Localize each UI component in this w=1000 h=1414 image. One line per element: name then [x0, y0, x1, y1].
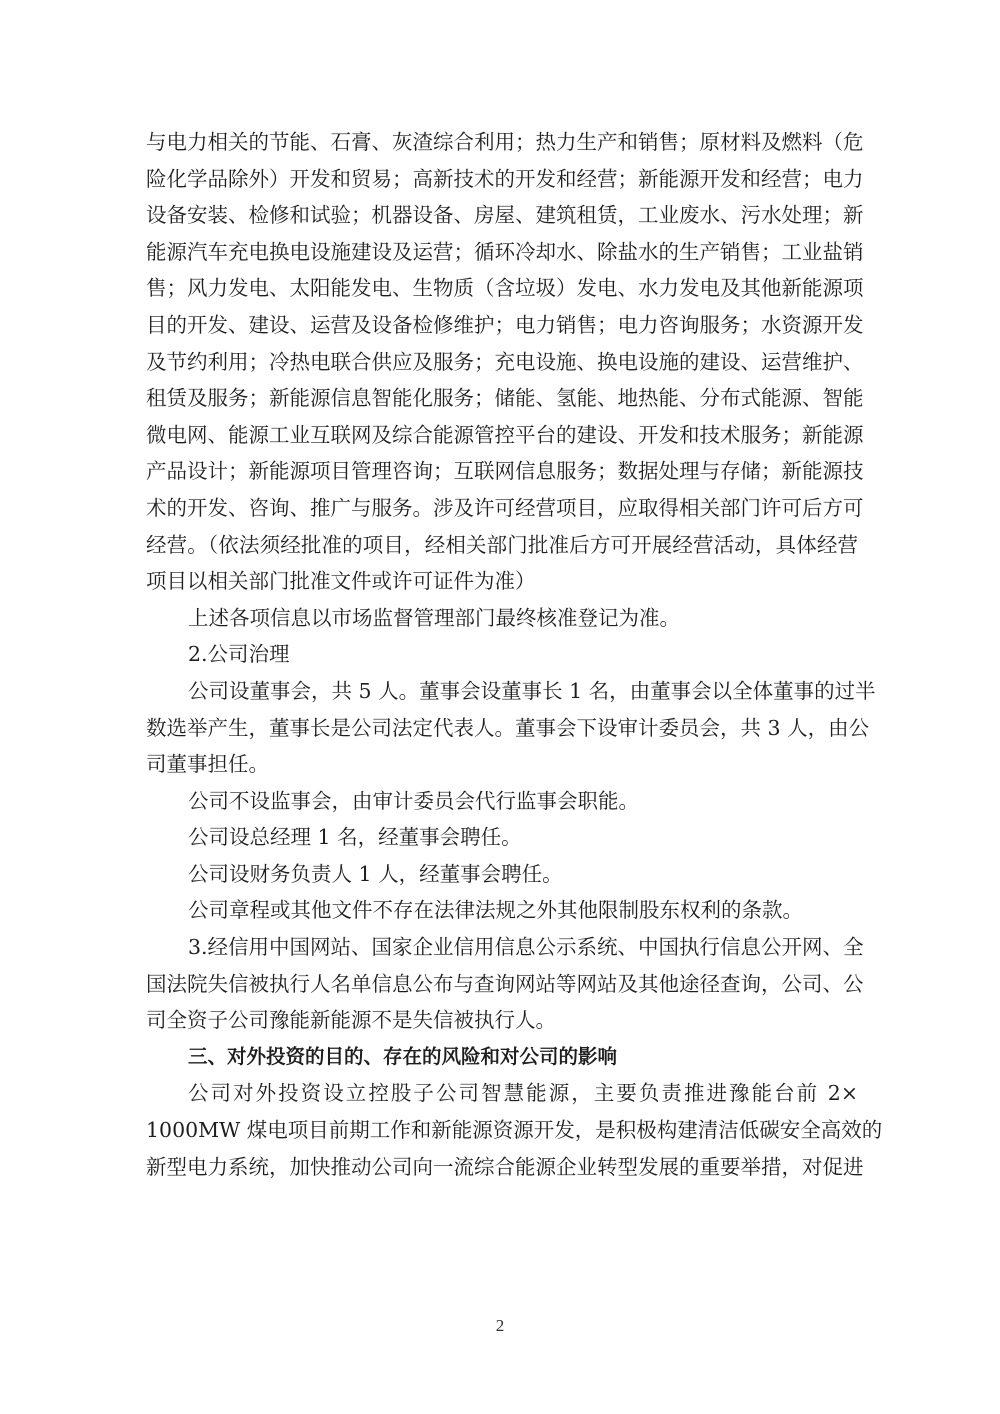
- text-line: 微电网、能源工业互联网及综合能源管控平台的建设、开发和技术服务；新能源: [146, 417, 858, 454]
- text-line: 新型电力系统，加快推动公司向一流综合能源企业转型发展的重要举措，对促进: [146, 1149, 858, 1186]
- text-line: 国法院失信被执行人名单信息公布与查询网站等网站及其他途径查询，公司、公: [146, 966, 858, 1003]
- text-line: 售；风力发电、太阳能发电、生物质（含垃圾）发电、水力发电及其他新能源项: [146, 270, 858, 307]
- text-line: 司全资子公司豫能新能源不是失信被执行人。: [146, 1002, 858, 1039]
- text-line: 项目以相关部门批准文件或许可证件为准）: [146, 563, 858, 600]
- text-line: 经营。（依法须经批准的项目，经相关部门批准后方可开展经营活动，具体经营: [146, 527, 858, 564]
- text-line: 及节约利用；冷热电联合供应及服务；充电设施、换电设施的建设、运营维护、: [146, 344, 858, 381]
- page-number: 2: [0, 1316, 1000, 1336]
- paragraph-board-of-directors: 公司设董事会，共 5 人。董事会设董事长 1 名，由董事会以全体董事的过半 数选…: [146, 673, 858, 783]
- text-line: 3.经信用中国网站、国家企业信用信息公示系统、中国执行信息公开网、全: [146, 929, 858, 966]
- paragraph-registration-note: 上述各项信息以市场监督管理部门最终核准登记为准。: [146, 600, 858, 637]
- text-line: 租赁及服务；新能源信息智能化服务；储能、氢能、地热能、分布式能源、智能: [146, 380, 858, 417]
- paragraph-investment-purpose: 公司对外投资设立控股子公司智慧能源，主要负责推进豫能台前 2× 1000MW 煤…: [146, 1075, 858, 1185]
- text-line: 与电力相关的节能、石膏、灰渣综合利用；热力生产和销售；原材料及燃料（危: [146, 124, 858, 161]
- text-line: 公司设董事会，共 5 人。董事会设董事长 1 名，由董事会以全体董事的过半: [146, 673, 858, 710]
- paragraph-no-supervisory-board: 公司不设监事会，由审计委员会代行监事会职能。: [146, 783, 858, 820]
- text-line: 1000MW 煤电项目前期工作和新能源资源开发，是积极构建清洁低碳安全高效的: [146, 1112, 858, 1149]
- text-line: 目的开发、建设、运营及设备检修维护；电力销售；电力咨询服务；水资源开发: [146, 307, 858, 344]
- paragraph-finance-head: 公司设财务负责人 1 人，经董事会聘任。: [146, 856, 858, 893]
- text-line: 公司不设监事会，由审计委员会代行监事会职能。: [146, 783, 858, 820]
- paragraph-credit-check: 3.经信用中国网站、国家企业信用信息公示系统、中国执行信息公开网、全 国法院失信…: [146, 929, 858, 1039]
- subheading-company-governance: 2.公司治理: [146, 636, 858, 673]
- paragraph-articles-clause: 公司章程或其他文件不存在法律法规之外其他限制股东权利的条款。: [146, 892, 858, 929]
- text-line: 险化学品除外）开发和贸易；高新技术的开发和经营；新能源开发和经营；电力: [146, 161, 858, 198]
- text-line: 公司对外投资设立控股子公司智慧能源，主要负责推进豫能台前 2×: [146, 1075, 858, 1112]
- text-line: 2.公司治理: [146, 636, 858, 673]
- section-heading: 三、对外投资的目的、存在的风险和对公司的影响: [146, 1039, 858, 1076]
- text-line: 公司设总经理 1 名，经董事会聘任。: [146, 819, 858, 856]
- text-line: 设备安装、检修和试验；机器设备、房屋、建筑租赁，工业废水、污水处理；新: [146, 197, 858, 234]
- text-line: 上述各项信息以市场监督管理部门最终核准登记为准。: [146, 600, 858, 637]
- text-line: 司董事担任。: [146, 746, 858, 783]
- text-line: 能源汽车充电换电设施建设及运营；循环冷却水、除盐水的生产销售；工业盐销: [146, 234, 858, 271]
- section-heading-investment-purpose-risks-impact: 三、对外投资的目的、存在的风险和对公司的影响: [146, 1039, 858, 1076]
- paragraph-business-scope: 与电力相关的节能、石膏、灰渣综合利用；热力生产和销售；原材料及燃料（危 险化学品…: [146, 124, 858, 600]
- document-body: 与电力相关的节能、石膏、灰渣综合利用；热力生产和销售；原材料及燃料（危 险化学品…: [146, 124, 858, 1185]
- paragraph-general-manager: 公司设总经理 1 名，经董事会聘任。: [146, 819, 858, 856]
- text-line: 术的开发、咨询、推广与服务。涉及许可经营项目，应取得相关部门许可后方可: [146, 490, 858, 527]
- document-page: 与电力相关的节能、石膏、灰渣综合利用；热力生产和销售；原材料及燃料（危 险化学品…: [0, 0, 1000, 1414]
- text-line: 数选举产生，董事长是公司法定代表人。董事会下设审计委员会，共 3 人，由公: [146, 710, 858, 747]
- text-line: 公司设财务负责人 1 人，经董事会聘任。: [146, 856, 858, 893]
- text-line: 公司章程或其他文件不存在法律法规之外其他限制股东权利的条款。: [146, 892, 858, 929]
- text-line: 产品设计；新能源项目管理咨询；互联网信息服务；数据处理与存储；新能源技: [146, 453, 858, 490]
